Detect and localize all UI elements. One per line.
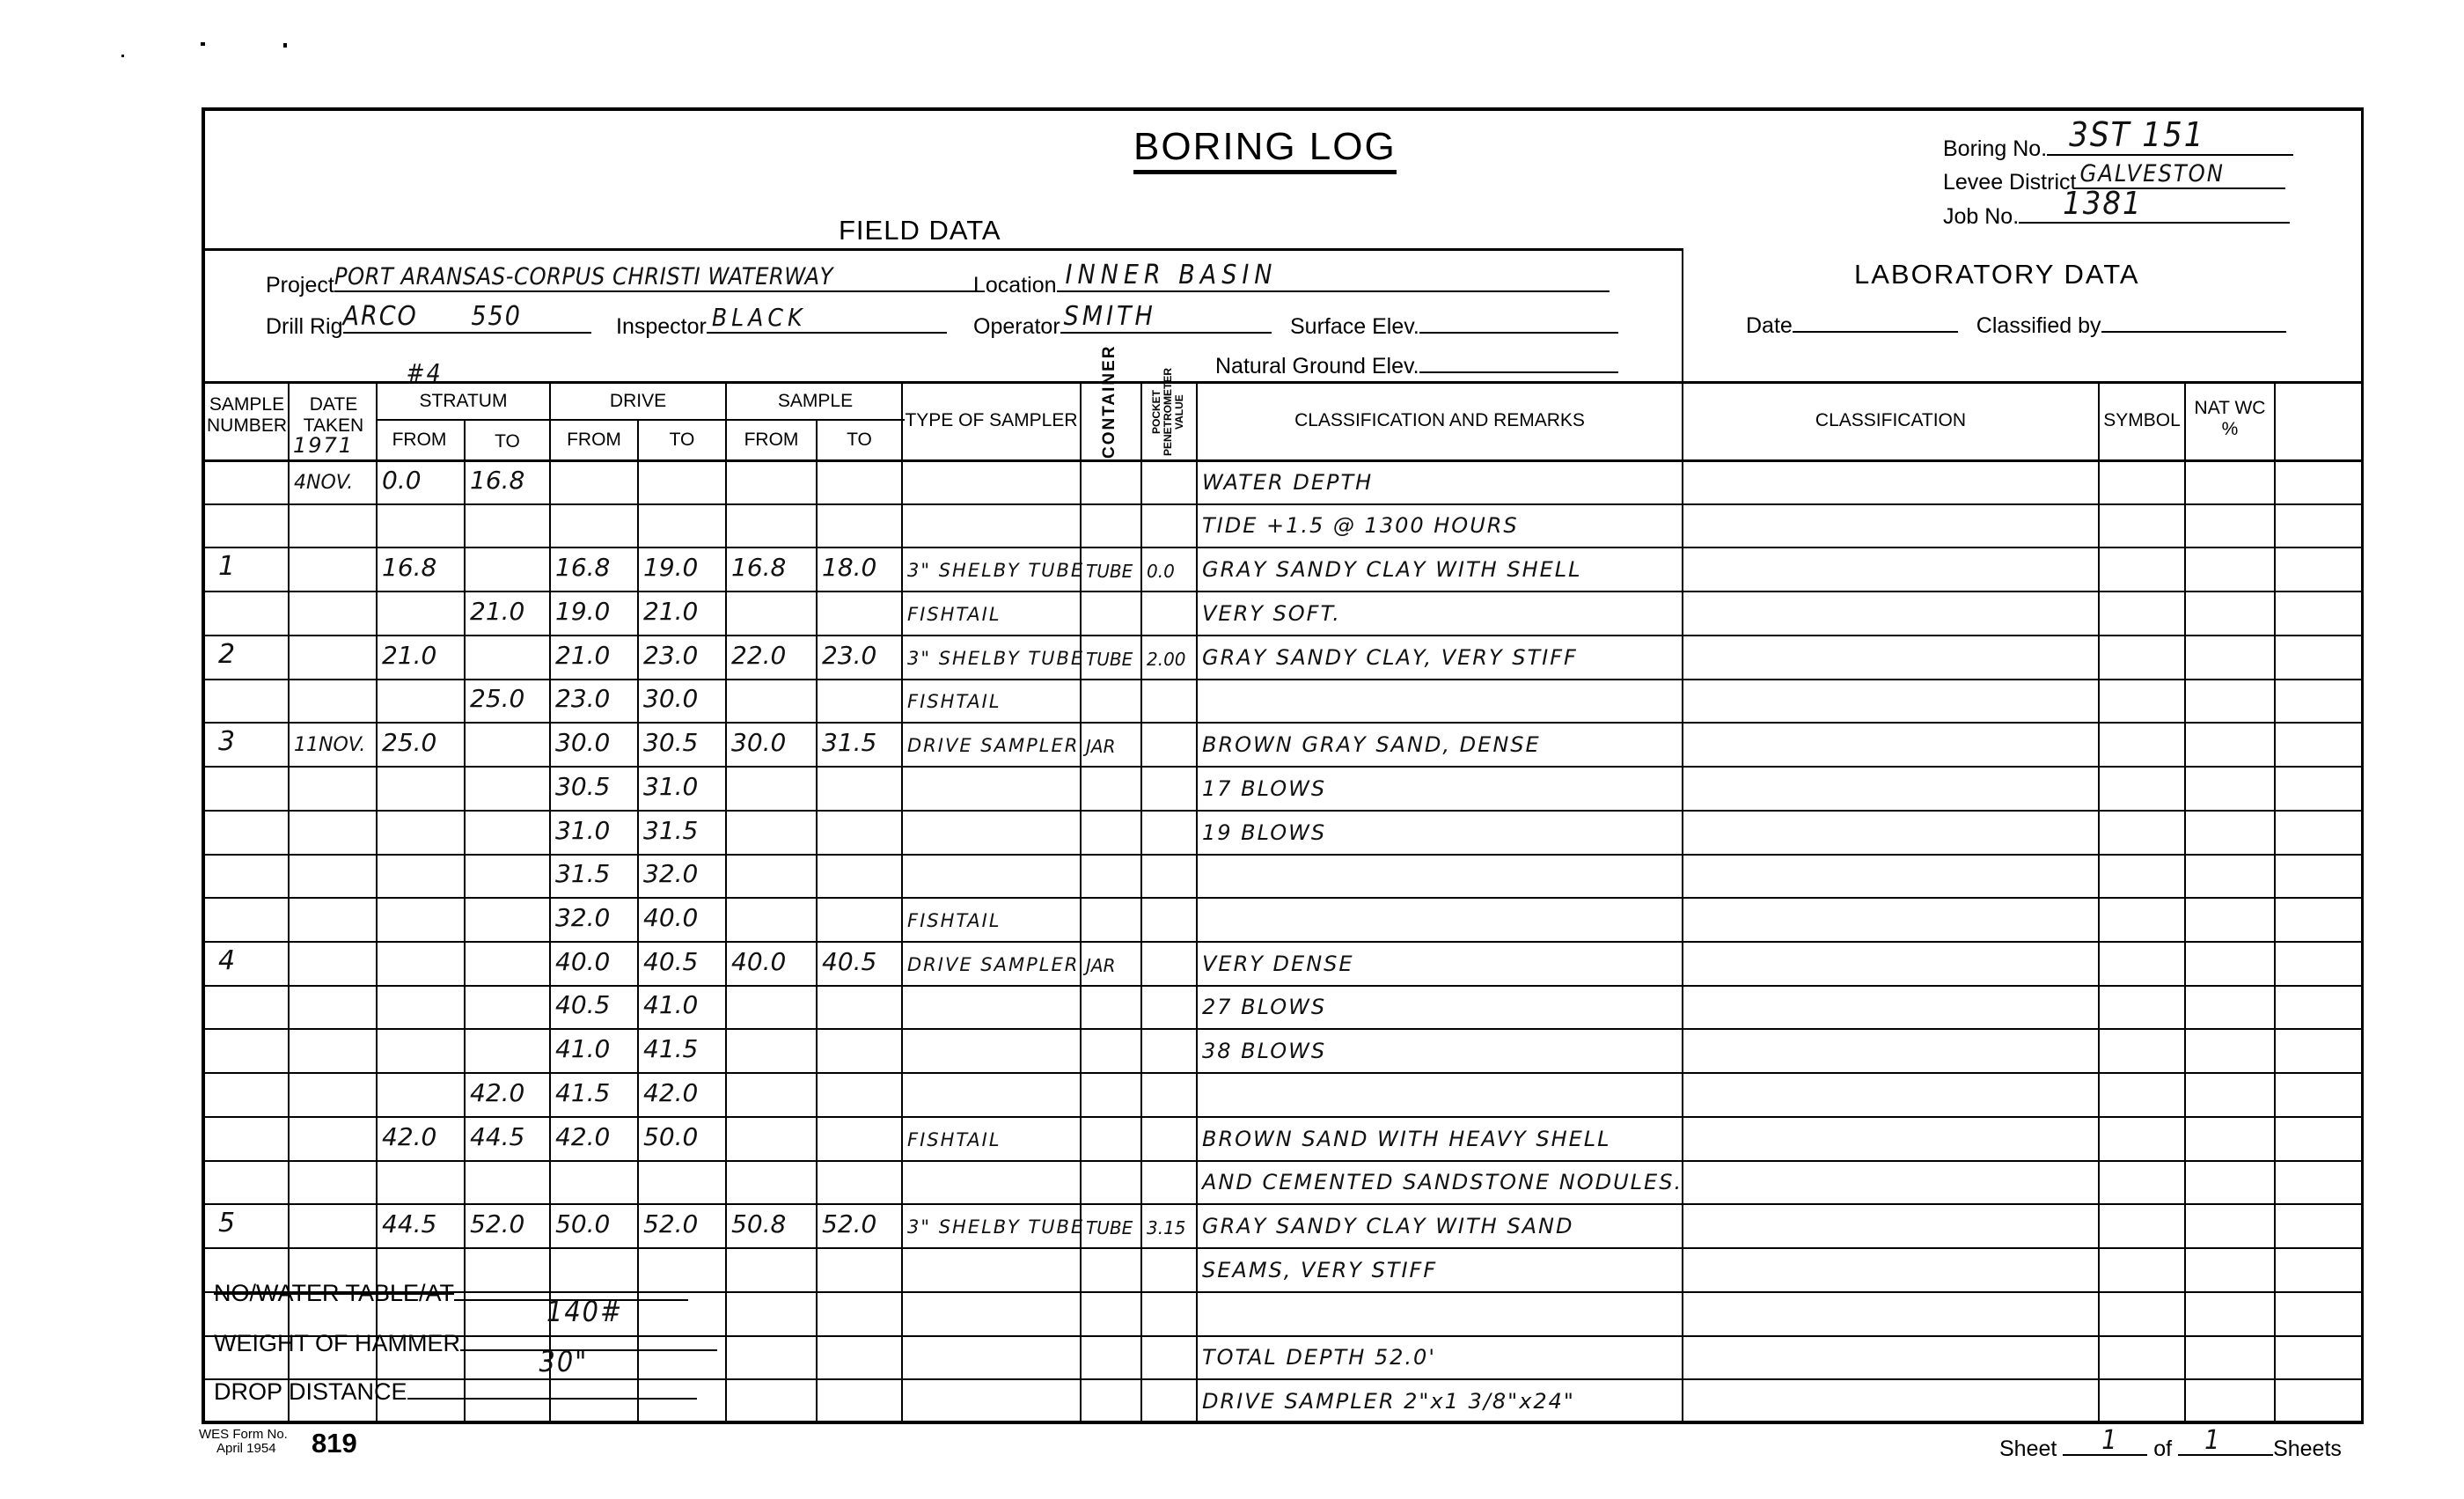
- col-header-drive: DRIVE: [550, 391, 726, 412]
- type-of-sampler-cell[interactable]: FISHTAIL: [907, 604, 1001, 626]
- date-year: 1971: [293, 433, 354, 458]
- sheet-count: Sheet 1 of 1Sheets: [1999, 1437, 2342, 1462]
- col-header-sample-to: TO: [817, 430, 902, 451]
- scan-speck: [283, 43, 287, 48]
- col-header-nat-wc: NAT WC%: [2185, 398, 2275, 440]
- classification-remarks-cell[interactable]: AND CEMENTED SANDSTONE NODULES.: [1202, 1170, 1683, 1194]
- column-divider: [1682, 381, 1683, 1422]
- column-divider: [1140, 381, 1142, 1422]
- sample-to-cell[interactable]: 18.0: [822, 554, 876, 582]
- column-divider: [2098, 381, 2100, 1422]
- stratum-to-cell[interactable]: 25.0: [470, 685, 524, 713]
- location-value[interactable]: INNER BASIN: [1066, 260, 1278, 290]
- location-field: Location INNER BASIN: [973, 273, 1610, 298]
- stratum-from-cell[interactable]: 44.5: [382, 1210, 436, 1238]
- drive-from-cell[interactable]: 32.0: [555, 904, 610, 932]
- drive-to-cell[interactable]: 23.0: [643, 642, 698, 670]
- date-taken-cell[interactable]: 11NOV.: [294, 734, 365, 757]
- drive-from-cell[interactable]: 19.0: [555, 598, 610, 626]
- col-header-sample-number: SAMPLENUMBER: [205, 394, 289, 437]
- type-of-sampler-cell[interactable]: FISHTAIL: [907, 691, 1001, 713]
- col-header-sample-from: FROM: [726, 430, 817, 451]
- field-data-heading: FIELD DATA: [839, 215, 1001, 246]
- operator-value[interactable]: SMITH: [1064, 301, 1156, 332]
- type-of-sampler-cell[interactable]: 3" SHELBY TUBE: [907, 648, 1082, 670]
- sample-from-cell[interactable]: 16.8: [731, 554, 786, 582]
- row-divider: [202, 897, 2363, 899]
- type-of-sampler-cell[interactable]: DRIVE SAMPLER: [907, 735, 1079, 757]
- classification-remarks-cell[interactable]: VERY SOFT.: [1202, 601, 1341, 626]
- drive-from-cell[interactable]: 40.0: [555, 948, 610, 976]
- drive-from-cell[interactable]: 21.0: [555, 642, 610, 670]
- drive-to-cell[interactable]: 31.5: [643, 817, 698, 845]
- drive-from-cell[interactable]: 30.0: [555, 729, 610, 757]
- col-header-drive-from: FROM: [550, 430, 638, 451]
- col-header-sample: SAMPLE: [726, 391, 905, 412]
- classification-remarks-cell[interactable]: BROWN GRAY SAND, DENSE: [1202, 732, 1541, 757]
- boring-no-value[interactable]: 3ST 151: [2069, 115, 2204, 154]
- drive-to-cell[interactable]: 41.0: [643, 991, 698, 1019]
- drop-distance-field: DROP DISTANCE 30": [214, 1378, 697, 1406]
- stratum-to-cell[interactable]: 16.8: [470, 467, 524, 495]
- col-header-stratum: STRATUM: [377, 391, 550, 412]
- drive-to-cell[interactable]: 30.0: [643, 685, 698, 713]
- classification-remarks-cell[interactable]: SEAMS, VERY STIFF: [1202, 1258, 1437, 1282]
- col-header-stratum-to: TO: [465, 431, 550, 452]
- inspector-field: Inspector BLACK: [616, 314, 947, 340]
- levee-district-value[interactable]: GALVESTON: [2079, 160, 2225, 187]
- surface-elev-field: Surface Elev.: [1290, 314, 1618, 340]
- drive-from-cell[interactable]: 31.0: [555, 817, 610, 845]
- sample-number-cell[interactable]: 2: [218, 640, 235, 670]
- sample-number-cell[interactable]: 3: [218, 727, 235, 757]
- column-divider: [1196, 381, 1198, 1422]
- row-divider: [202, 1203, 2363, 1205]
- col-header-classification-remarks: CLASSIFICATION AND REMARKS: [1197, 410, 1683, 431]
- hammer-weight-field: WEIGHT OF HAMMER 140#: [214, 1330, 717, 1357]
- job-no-field: Job No. 1381: [1943, 204, 2290, 230]
- sample-number-cell[interactable]: 1: [218, 552, 235, 582]
- stratum-to-cell[interactable]: 44.5: [470, 1123, 524, 1151]
- stratum-from-cell[interactable]: 42.0: [382, 1123, 436, 1151]
- pocket-penetrometer-value-cell[interactable]: 2.00: [1147, 649, 1186, 670]
- date-taken-cell[interactable]: 4NOV.: [294, 472, 353, 495]
- column-divider: [464, 419, 466, 1422]
- drive-from-cell[interactable]: 41.0: [555, 1035, 610, 1063]
- classification-remarks-cell[interactable]: TIDE +1.5 @ 1300 HOURS: [1202, 513, 1519, 538]
- classification-remarks-cell[interactable]: WATER DEPTH: [1202, 470, 1373, 495]
- drive-to-cell[interactable]: 42.0: [643, 1079, 698, 1107]
- pocket-penetrometer-value-cell[interactable]: 3.15: [1147, 1217, 1186, 1238]
- col-header-symbol: SYMBOL: [2099, 410, 2185, 431]
- type-of-sampler-cell[interactable]: FISHTAIL: [907, 1129, 1001, 1151]
- classification-remarks-cell[interactable]: 19 BLOWS: [1202, 820, 1326, 845]
- stratum-from-cell[interactable]: 25.0: [382, 729, 436, 757]
- classification-remarks-cell[interactable]: 27 BLOWS: [1202, 995, 1326, 1019]
- drive-to-cell[interactable]: 52.0: [643, 1210, 698, 1238]
- stratum-from-cell[interactable]: 16.8: [382, 554, 436, 582]
- drive-from-cell[interactable]: 41.5: [555, 1079, 610, 1107]
- classification-remarks-cell[interactable]: 17 BLOWS: [1202, 776, 1326, 801]
- column-divider: [549, 381, 551, 1422]
- pocket-penetrometer-value-cell[interactable]: 0.0: [1147, 561, 1175, 582]
- drive-from-cell[interactable]: 42.0: [555, 1123, 610, 1151]
- sample-from-cell[interactable]: 22.0: [731, 642, 786, 670]
- lab-date-input[interactable]: [1793, 331, 1958, 333]
- natural-ground-elev-input[interactable]: [1419, 371, 1618, 373]
- col-header-pocket-penetrometer: POCKET PENETROMETER VALUE: [1151, 365, 1195, 459]
- type-of-sampler-cell[interactable]: DRIVE SAMPLER: [907, 954, 1079, 976]
- classification-remarks-cell[interactable]: 38 BLOWS: [1202, 1039, 1326, 1063]
- classified-by-input[interactable]: [2101, 331, 2286, 333]
- col-header-type-of-sampler: TYPE OF SAMPLER: [902, 410, 1081, 431]
- row-divider: [202, 810, 2363, 812]
- classification-remarks-cell[interactable]: DRIVE SAMPLER 2"x1 3/8"x24": [1202, 1389, 1575, 1414]
- row-divider: [202, 503, 2363, 505]
- classification-remarks-cell[interactable]: GRAY SANDY CLAY WITH SHELL: [1202, 557, 1582, 582]
- drive-from-cell[interactable]: 16.8: [555, 554, 610, 582]
- inspector-value[interactable]: BLACK: [712, 303, 807, 332]
- job-no-value[interactable]: 1381: [2063, 186, 2142, 222]
- drive-to-cell[interactable]: 40.5: [643, 948, 698, 976]
- form-title: BORING LOG: [1133, 125, 1397, 169]
- lab-date-field: Date Classified by: [1746, 313, 2286, 339]
- sample-to-cell[interactable]: 40.5: [822, 948, 876, 976]
- column-divider: [376, 381, 378, 1422]
- classification-remarks-cell[interactable]: GRAY SANDY CLAY WITH SAND: [1202, 1214, 1573, 1238]
- row-divider: [202, 1247, 2363, 1249]
- scan-speck: [201, 42, 205, 46]
- natural-ground-elev-field: Natural Ground Elev.: [1215, 354, 1618, 379]
- sample-from-cell[interactable]: 30.0: [731, 729, 786, 757]
- type-of-sampler-cell[interactable]: FISHTAIL: [907, 910, 1001, 932]
- stratum-to-cell[interactable]: 21.0: [470, 598, 524, 626]
- container-cell[interactable]: TUBE: [1086, 649, 1133, 670]
- scan-speck: [121, 55, 124, 57]
- row-divider: [202, 591, 2363, 592]
- container-cell[interactable]: JAR: [1086, 955, 1115, 976]
- stratum-from-cell[interactable]: 21.0: [382, 642, 436, 670]
- drill-rig-field: Drill Rig ARCO 550 #4: [266, 314, 591, 340]
- sheet-number[interactable]: 1: [2101, 1425, 2118, 1456]
- drive-to-cell[interactable]: 31.0: [643, 773, 698, 801]
- row-divider: [202, 547, 2363, 548]
- column-divider: [1080, 381, 1082, 1422]
- sample-to-cell[interactable]: 23.0: [822, 642, 876, 670]
- row-divider: [202, 1116, 2363, 1118]
- container-cell[interactable]: TUBE: [1086, 561, 1133, 582]
- container-cell[interactable]: TUBE: [1086, 1217, 1133, 1238]
- drive-from-cell[interactable]: 31.5: [555, 860, 610, 888]
- row-divider: [202, 635, 2363, 636]
- type-of-sampler-cell[interactable]: 3" SHELBY TUBE: [907, 560, 1082, 582]
- column-divider: [2274, 381, 2276, 1422]
- classification-remarks-cell[interactable]: GRAY SANDY CLAY, VERY STIFF: [1202, 645, 1578, 670]
- classification-remarks-cell[interactable]: TOTAL DEPTH 52.0': [1202, 1345, 1436, 1370]
- drive-from-cell[interactable]: 40.5: [555, 991, 610, 1019]
- operator-field: Operator SMITH: [973, 314, 1272, 340]
- row-divider: [202, 941, 2363, 943]
- lab-data-heading: LABORATORY DATA: [1854, 259, 2140, 290]
- drive-to-cell[interactable]: 19.0: [643, 554, 698, 582]
- stratum-to-cell[interactable]: 42.0: [470, 1079, 524, 1107]
- col-header-drive-to: TO: [638, 430, 726, 451]
- column-divider: [637, 419, 639, 1422]
- row-divider: [202, 722, 2363, 724]
- classification-remarks-cell[interactable]: VERY DENSE: [1202, 952, 1354, 976]
- column-divider: [901, 381, 903, 1422]
- drop-distance-value[interactable]: 30": [539, 1345, 589, 1378]
- type-of-sampler-cell[interactable]: 3" SHELBY TUBE: [907, 1216, 1082, 1238]
- sample-from-cell[interactable]: 50.8: [731, 1210, 786, 1238]
- project-value[interactable]: PORT ARANSAS-CORPUS CHRISTI WATERWAY: [334, 263, 833, 290]
- column-divider: [816, 419, 818, 1422]
- drill-rig-value[interactable]: ARCO 550: [343, 301, 522, 332]
- row-divider: [202, 679, 2363, 680]
- col-header-classification: CLASSIFICATION: [1683, 410, 2099, 431]
- sample-to-cell[interactable]: 31.5: [822, 729, 876, 757]
- sheet-total[interactable]: 1: [2204, 1425, 2221, 1456]
- row-divider: [202, 854, 2363, 856]
- classification-remarks-cell[interactable]: BROWN SAND WITH HEAVY SHELL: [1202, 1127, 1611, 1151]
- drill-rig-value-line2[interactable]: #4: [407, 358, 443, 387]
- column-divider: [725, 381, 727, 1422]
- col-header-container: CONTAINER: [1100, 374, 1119, 459]
- stratum-to-cell[interactable]: 52.0: [470, 1210, 524, 1238]
- row-divider: [202, 1028, 2363, 1030]
- sample-number-cell[interactable]: 4: [218, 946, 235, 976]
- sample-from-cell[interactable]: 40.0: [731, 948, 786, 976]
- row-divider: [202, 1160, 2363, 1162]
- drive-to-cell[interactable]: 21.0: [643, 598, 698, 626]
- column-divider: [2184, 381, 2186, 1422]
- form-number-block: WES Form No. April 1954 819: [199, 1428, 288, 1456]
- row-divider: [202, 985, 2363, 987]
- hammer-weight-value[interactable]: 140#: [546, 1295, 623, 1328]
- drive-from-cell[interactable]: 23.0: [555, 685, 610, 713]
- row-divider: [202, 1072, 2363, 1074]
- drive-to-cell[interactable]: 41.5: [643, 1035, 698, 1063]
- drive-to-cell[interactable]: 40.0: [643, 904, 698, 932]
- drive-to-cell[interactable]: 50.0: [643, 1123, 698, 1151]
- sample-to-cell[interactable]: 52.0: [822, 1210, 876, 1238]
- drive-from-cell[interactable]: 50.0: [555, 1210, 610, 1238]
- column-divider: [288, 381, 290, 1422]
- drive-to-cell[interactable]: 30.5: [643, 729, 698, 757]
- sample-number-cell[interactable]: 5: [218, 1209, 235, 1238]
- col-header-stratum-from: FROM: [377, 430, 462, 451]
- surface-elev-input[interactable]: [1419, 332, 1618, 334]
- container-cell[interactable]: JAR: [1086, 736, 1115, 757]
- boring-no-field: Boring No. 3ST 151: [1943, 136, 2293, 162]
- drive-from-cell[interactable]: 30.5: [555, 773, 610, 801]
- drive-to-cell[interactable]: 32.0: [643, 860, 698, 888]
- stratum-from-cell[interactable]: 0.0: [382, 467, 422, 495]
- col-header-date-taken: DATETAKEN: [290, 394, 377, 437]
- project-field: Project PORT ARANSAS-CORPUS CHRISTI WATE…: [266, 273, 979, 298]
- row-divider: [202, 766, 2363, 768]
